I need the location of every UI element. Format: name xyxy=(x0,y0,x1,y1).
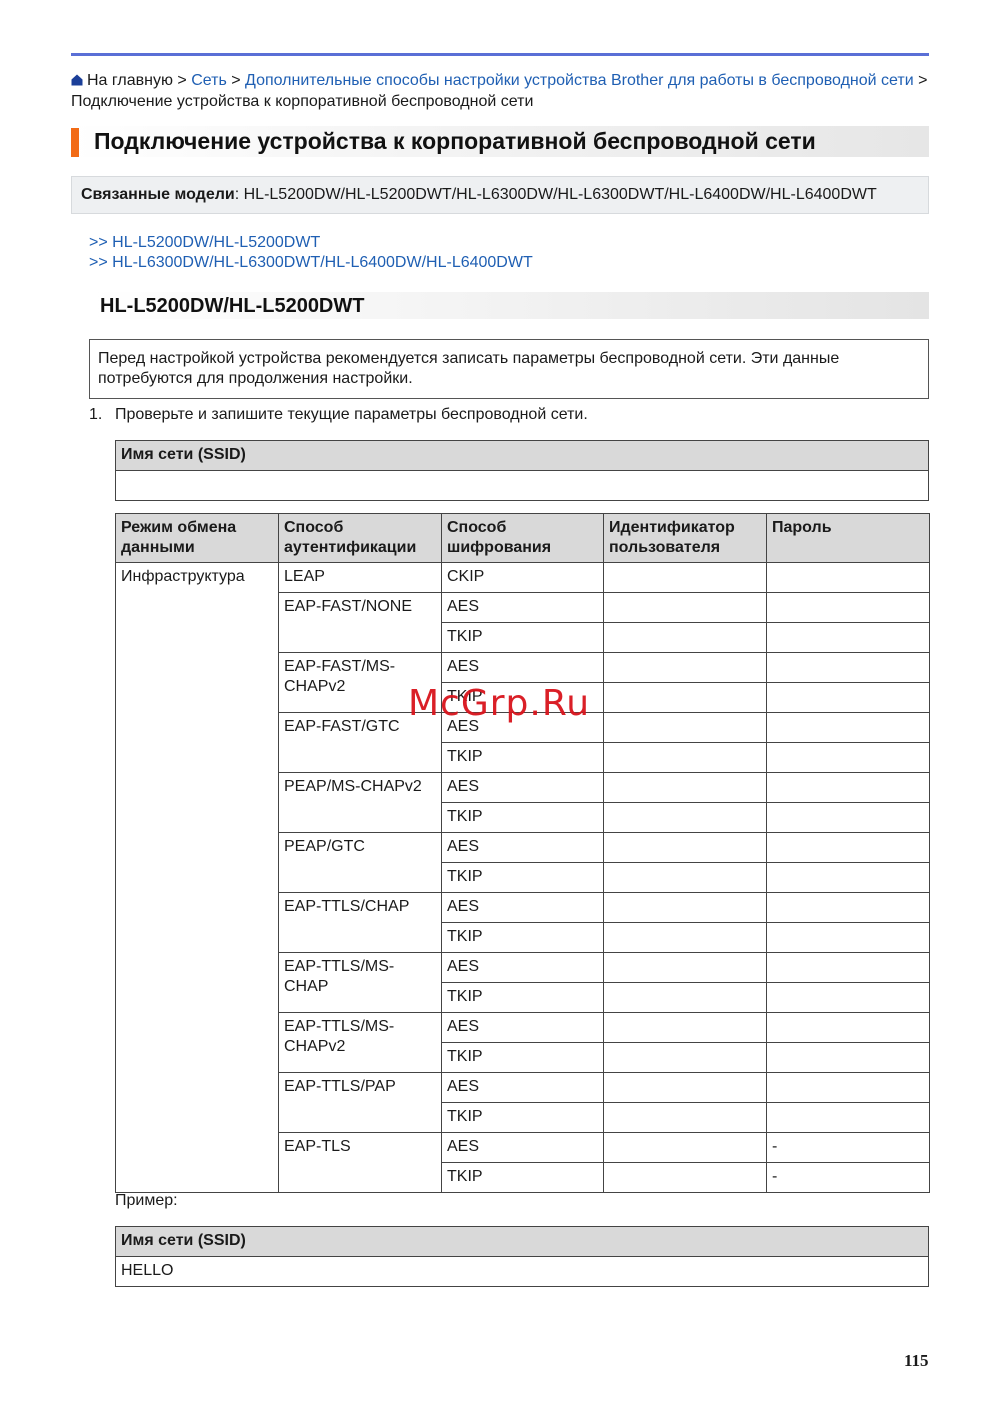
auth-cell: PEAP/MS-CHAPv2 xyxy=(279,773,442,833)
encryption-cell: AES xyxy=(442,1133,604,1163)
example-label: Пример: xyxy=(115,1191,178,1211)
user-id-cell xyxy=(604,1073,767,1103)
user-id-cell xyxy=(604,983,767,1013)
auth-cell: LEAP xyxy=(279,563,442,593)
encryption-cell: TKIP xyxy=(442,923,604,953)
related-models-text: Связанные модели: HL-L5200DW/HL-L5200DWT… xyxy=(81,185,877,205)
example-ssid-header: Имя сети (SSID) xyxy=(116,1227,929,1257)
user-id-cell xyxy=(604,1013,767,1043)
password-cell xyxy=(767,563,930,593)
header-auth: Способ аутентификации xyxy=(279,514,442,563)
breadcrumb: На главную > Сеть > Дополнительные спосо… xyxy=(71,70,929,112)
auth-cell: EAP-TLS xyxy=(279,1133,442,1193)
auth-cell: PEAP/GTC xyxy=(279,833,442,893)
page-title-bar: Подключение устройства к корпоративной б… xyxy=(71,126,929,157)
breadcrumb-separator: > xyxy=(177,72,186,89)
header-password: Пароль xyxy=(767,514,930,563)
user-id-cell xyxy=(604,893,767,923)
section-title: HL-L5200DW/HL-L5200DWT xyxy=(100,293,364,319)
password-cell: - xyxy=(767,1163,930,1193)
auth-cell: EAP-TTLS/MS-CHAP xyxy=(279,953,442,1013)
user-id-cell xyxy=(604,593,767,623)
encryption-cell: AES xyxy=(442,713,604,743)
encryption-cell: TKIP xyxy=(442,863,604,893)
password-cell: - xyxy=(767,1133,930,1163)
encryption-cell: TKIP xyxy=(442,743,604,773)
password-cell xyxy=(767,1043,930,1073)
password-cell xyxy=(767,923,930,953)
header-encryption: Способ шифрования xyxy=(442,514,604,563)
password-cell xyxy=(767,1103,930,1133)
encryption-cell: TKIP xyxy=(442,983,604,1013)
password-cell xyxy=(767,863,930,893)
encryption-cell: AES xyxy=(442,953,604,983)
user-id-cell xyxy=(604,1043,767,1073)
user-id-cell xyxy=(604,1103,767,1133)
related-models-label: Связанные модели xyxy=(81,186,235,203)
encryption-cell: CKIP xyxy=(442,563,604,593)
auth-cell: EAP-FAST/NONE xyxy=(279,593,442,653)
encryption-cell: TKIP xyxy=(442,1103,604,1133)
related-models-value: HL-L5200DW/HL-L5200DWT/HL-L6300DW/HL-L63… xyxy=(244,186,877,203)
header-mode: Режим обмена данными xyxy=(116,514,279,563)
jump-link-l5200[interactable]: >> HL-L5200DW/HL-L5200DWT xyxy=(89,233,533,253)
user-id-cell xyxy=(604,863,767,893)
table-row: ИнфраструктураLEAPCKIP xyxy=(116,563,930,593)
page-number: 115 xyxy=(904,1351,929,1371)
ssid-header: Имя сети (SSID) xyxy=(116,441,929,471)
password-cell xyxy=(767,653,930,683)
breadcrumb-separator: > xyxy=(918,72,927,89)
password-cell xyxy=(767,803,930,833)
related-models-box: Связанные модели: HL-L5200DW/HL-L5200DWT… xyxy=(71,176,929,214)
password-cell xyxy=(767,743,930,773)
step-text: Проверьте и запишите текущие параметры б… xyxy=(115,406,588,423)
encryption-cell: AES xyxy=(442,893,604,923)
password-cell xyxy=(767,1073,930,1103)
wireless-settings-body: ИнфраструктураLEAPCKIPEAP-FAST/NONEAESTK… xyxy=(116,563,930,1193)
title-accent-bar xyxy=(71,128,79,157)
user-id-cell xyxy=(604,773,767,803)
user-id-cell xyxy=(604,833,767,863)
user-id-cell xyxy=(604,683,767,713)
password-cell xyxy=(767,623,930,653)
user-id-cell xyxy=(604,803,767,833)
encryption-cell: AES xyxy=(442,1073,604,1103)
auth-cell: EAP-TTLS/CHAP xyxy=(279,893,442,953)
example-ssid-table: Имя сети (SSID) HELLO xyxy=(115,1226,929,1287)
password-cell xyxy=(767,983,930,1013)
breadcrumb-separator: > xyxy=(231,72,240,89)
example-ssid-value: HELLO xyxy=(116,1257,929,1287)
section-title-bar: HL-L5200DW/HL-L5200DWT xyxy=(89,292,929,319)
auth-cell: EAP-FAST/MS-CHAPv2 xyxy=(279,653,442,713)
password-cell xyxy=(767,1013,930,1043)
auth-cell: EAP-FAST/GTC xyxy=(279,713,442,773)
header-user-id: Идентификатор пользователя xyxy=(604,514,767,563)
encryption-cell: TKIP xyxy=(442,803,604,833)
encryption-cell: AES xyxy=(442,653,604,683)
model-jump-links: >> HL-L5200DW/HL-L5200DWT >> HL-L6300DW/… xyxy=(89,233,533,273)
jump-link-l6300-l6400[interactable]: >> HL-L6300DW/HL-L6300DWT/HL-L6400DW/HL-… xyxy=(89,253,533,273)
user-id-cell xyxy=(604,563,767,593)
ssid-table: Имя сети (SSID) xyxy=(115,440,929,501)
password-cell xyxy=(767,713,930,743)
user-id-cell xyxy=(604,1133,767,1163)
user-id-cell xyxy=(604,953,767,983)
top-rule xyxy=(71,53,929,56)
mode-cell: Инфраструктура xyxy=(116,563,279,1193)
user-id-cell xyxy=(604,923,767,953)
password-cell xyxy=(767,833,930,863)
encryption-cell: AES xyxy=(442,593,604,623)
note-text: Перед настройкой устройства рекомендуетс… xyxy=(98,349,918,389)
password-cell xyxy=(767,953,930,983)
encryption-cell: AES xyxy=(442,1013,604,1043)
breadcrumb-home[interactable]: На главную xyxy=(87,72,173,89)
wireless-settings-table: Режим обмена данными Способ аутентификац… xyxy=(115,513,930,1193)
user-id-cell xyxy=(604,653,767,683)
password-cell xyxy=(767,593,930,623)
password-cell xyxy=(767,893,930,923)
page-title: Подключение устройства к корпоративной б… xyxy=(94,127,816,156)
password-cell xyxy=(767,683,930,713)
password-cell xyxy=(767,773,930,803)
encryption-cell: TKIP xyxy=(442,1043,604,1073)
breadcrumb-current: Подключение устройства к корпоративной б… xyxy=(71,93,533,110)
encryption-cell: TKIP xyxy=(442,623,604,653)
step-number: 1. xyxy=(89,405,115,425)
ssid-value-cell xyxy=(116,471,929,501)
home-icon[interactable] xyxy=(71,74,83,86)
auth-cell: EAP-TTLS/PAP xyxy=(279,1073,442,1133)
note-box: Перед настройкой устройства рекомендуетс… xyxy=(89,339,929,399)
encryption-cell: TKIP xyxy=(442,683,604,713)
encryption-cell: AES xyxy=(442,833,604,863)
user-id-cell xyxy=(604,713,767,743)
step-1: 1.Проверьте и запишите текущие параметры… xyxy=(89,405,588,425)
auth-cell: EAP-TTLS/MS-CHAPv2 xyxy=(279,1013,442,1073)
user-id-cell xyxy=(604,1163,767,1193)
encryption-cell: AES xyxy=(442,773,604,803)
user-id-cell xyxy=(604,743,767,773)
breadcrumb-link-wireless-setup[interactable]: Дополнительные способы настройки устройс… xyxy=(245,72,914,89)
user-id-cell xyxy=(604,623,767,653)
encryption-cell: TKIP xyxy=(442,1163,604,1193)
breadcrumb-link-network[interactable]: Сеть xyxy=(191,72,227,89)
